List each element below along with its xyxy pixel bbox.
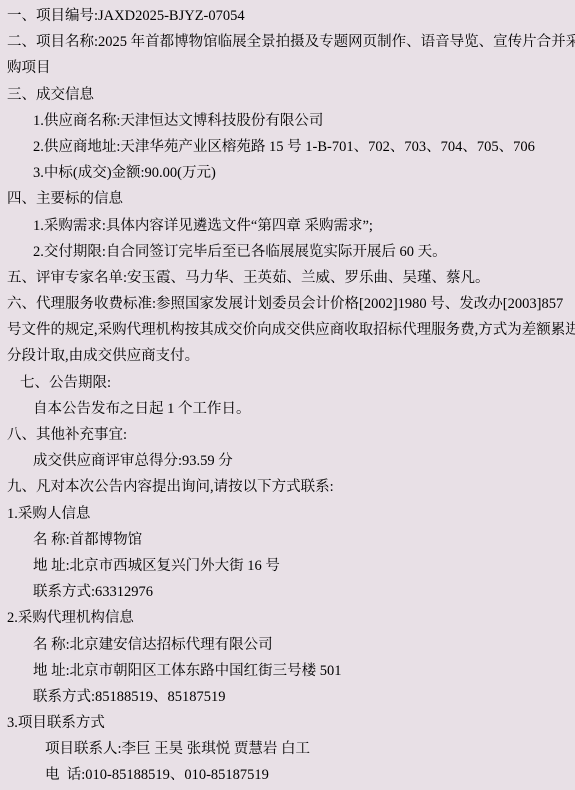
document-line: 七、公告期限: — [0, 370, 575, 396]
document-line: 三、成交信息 — [0, 82, 575, 108]
document-line: 四、主要标的信息 — [0, 186, 575, 212]
document-line: 成交供应商评审总得分:93.59 分 — [0, 448, 575, 474]
document-line: 项目联系人:李巨 王昊 张琪悦 贾慧岩 白工 — [0, 736, 575, 762]
document-line: 2.交付期限:自合同签订完毕后至已各临展展览实际开展后 60 天。 — [0, 239, 575, 265]
document-line: 自本公告发布之日起 1 个工作日。 — [0, 396, 575, 422]
document-line: 二、项目名称:2025 年首都博物馆临展全景拍摄及专题网页制作、语音导览、宣传片… — [0, 29, 575, 55]
document-line: 联系方式:63312976 — [0, 579, 575, 605]
document-line: 1.采购人信息 — [0, 501, 575, 527]
document-line: 名 称:北京建安信达招标代理有限公司 — [0, 632, 575, 658]
document-line: 3.中标(成交)金额:90.00(万元) — [0, 160, 575, 186]
document-line: 1.采购需求:具体内容详见遴选文件“第四章 采购需求”; — [0, 213, 575, 239]
document-line: 3.项目联系方式 — [0, 710, 575, 736]
document-line: 电 话:010-85188519、010-85187519 — [0, 762, 575, 788]
document-line: 地 址:北京市西城区复兴门外大街 16 号 — [0, 553, 575, 579]
document-line: 购项目 — [0, 55, 575, 81]
document-line: 九、凡对本次公告内容提出询问,请按以下方式联系: — [0, 474, 575, 500]
document-line: 五、评审专家名单:安玉霞、马力华、王英茹、兰威、罗乐曲、吴瑾、蔡凡。 — [0, 265, 575, 291]
document-line: 联系方式:85188519、85187519 — [0, 684, 575, 710]
document-line: 分段计取,由成交供应商支付。 — [0, 343, 575, 369]
document-line: 地 址:北京市朝阳区工体东路中国红街三号楼 501 — [0, 658, 575, 684]
document-line: 一、项目编号:JAXD2025-BJYZ-07054 — [0, 3, 575, 29]
document-line: 号文件的规定,采购代理机构按其成交价向成交供应商收取招标代理服务费,方式为差额累… — [0, 317, 575, 343]
document-line: 2.采购代理机构信息 — [0, 605, 575, 631]
document-line: 八、其他补充事宜: — [0, 422, 575, 448]
document-line: 名 称:首都博物馆 — [0, 527, 575, 553]
document-line: 六、代理服务收费标准:参照国家发展计划委员会计价格[2002]1980 号、发改… — [0, 291, 575, 317]
announcement-document: 一、项目编号:JAXD2025-BJYZ-07054二、项目名称:2025 年首… — [0, 0, 575, 790]
document-line: 1.供应商名称:天津恒达文博科技股份有限公司 — [0, 108, 575, 134]
document-line: 2.供应商地址:天津华苑产业区榕苑路 15 号 1-B-701、702、703、… — [0, 134, 575, 160]
